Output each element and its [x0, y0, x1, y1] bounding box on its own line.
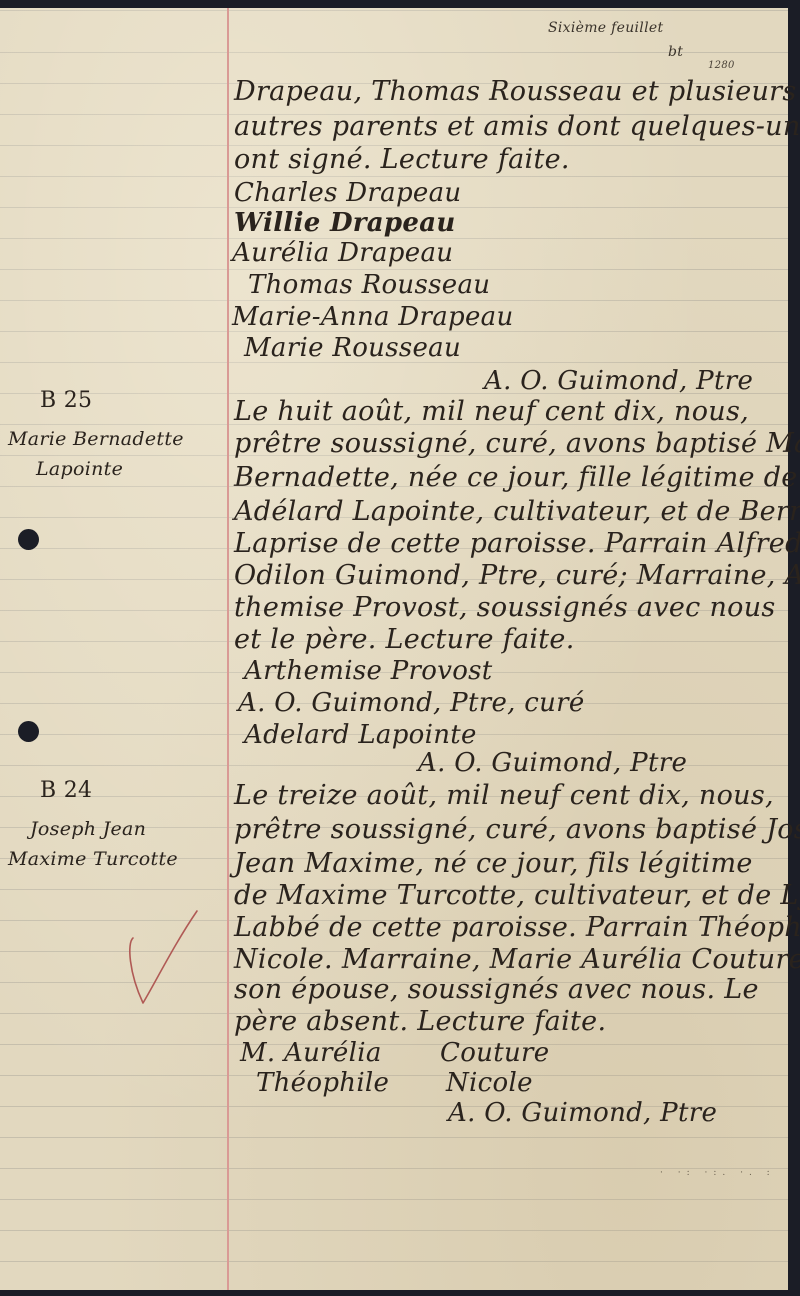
punch-hole-bottom	[18, 721, 39, 742]
signature: Aurélia Drapeau	[232, 238, 453, 268]
record-text-line: prêtre soussigné, curé, avons baptisé Jo…	[234, 814, 800, 845]
signature: Nicole	[446, 1068, 533, 1098]
paper-specks: · ·: ·:. ·. :	[660, 1168, 776, 1178]
signature: M. Aurélia	[240, 1038, 382, 1068]
record-text-line: père absent. Lecture faite.	[234, 1006, 606, 1037]
priest-signature: A. O. Guimond, Ptre	[484, 366, 753, 396]
record-text-line: Nicole. Marraine, Marie Aurélia Couture,	[234, 944, 800, 975]
record-text-line: Le huit août, mil neuf cent dix, nous,	[234, 396, 749, 427]
record-number: B 24	[40, 778, 92, 803]
initials: bt	[668, 44, 683, 60]
priest-signature: A. O. Guimond, Ptre	[418, 748, 687, 778]
priest-signature: A. O. Guimond, Ptre	[448, 1098, 717, 1128]
signature: Adelard Lapointe	[244, 720, 477, 750]
record-text-line: Bernadette, née ce jour, fille légitime …	[234, 462, 798, 493]
record-text-line: themise Provost, soussignés avec nous	[234, 592, 776, 623]
record-text-line: Laprise de cette paroisse. Parrain Alfre…	[234, 528, 800, 559]
record-text-line: son épouse, soussignés avec nous. Le	[234, 974, 759, 1005]
record-text-line: Le treize août, mil neuf cent dix, nous,	[234, 780, 774, 811]
red-check-mark-icon	[125, 903, 235, 1023]
signature: Arthemise Provost	[244, 656, 493, 686]
continuation-line-2: autres parents et amis dont quelques-uns	[234, 111, 800, 142]
signature: Couture	[440, 1038, 549, 1068]
record-text-line: de Maxime Turcotte, cultivateur, et de L…	[234, 880, 800, 911]
margin-name-line: Maxime Turcotte	[8, 848, 178, 870]
margin-name-line: Joseph Jean	[30, 818, 146, 840]
continuation-line-3: ont signé. Lecture faite.	[234, 144, 570, 175]
record-text-line: Odilon Guimond, Ptre, curé; Marraine, Ar…	[234, 560, 800, 591]
record-text-line: et le père. Lecture faite.	[234, 624, 575, 655]
record-text-line: Jean Maxime, né ce jour, fils légitime	[234, 848, 753, 879]
record-text-line: prêtre soussigné, curé, avons baptisé Ma…	[234, 428, 800, 459]
signature: Théophile	[256, 1068, 389, 1098]
record-text-line: Labbé de cette paroisse. Parrain Théophi…	[234, 912, 800, 943]
signature: Thomas Rousseau	[248, 270, 490, 300]
signature: Willie Drapeau	[234, 208, 456, 238]
signature: A. O. Guimond, Ptre, curé	[238, 688, 585, 718]
record-text-line: Adélard Lapointe, cultivateur, et de Ber…	[234, 496, 800, 527]
signature: Charles Drapeau	[234, 178, 461, 208]
margin-name-line: Lapointe	[36, 458, 123, 480]
margin-name-line: Marie Bernadette	[8, 428, 184, 450]
signature: Marie-Anna Drapeau	[232, 302, 514, 332]
continuation-line-1: Drapeau, Thomas Rousseau et plusieurs	[234, 76, 797, 107]
register-page: Sixième feuillet bt 1280 Drapeau, Thomas…	[0, 8, 788, 1290]
record-number: B 25	[40, 388, 92, 413]
punch-hole-top	[18, 529, 39, 550]
signature: Marie Rousseau	[244, 333, 461, 363]
sheet-label: Sixième feuillet	[548, 20, 663, 36]
margin-rule	[227, 8, 229, 1290]
pencil-note: 1280	[708, 60, 735, 71]
